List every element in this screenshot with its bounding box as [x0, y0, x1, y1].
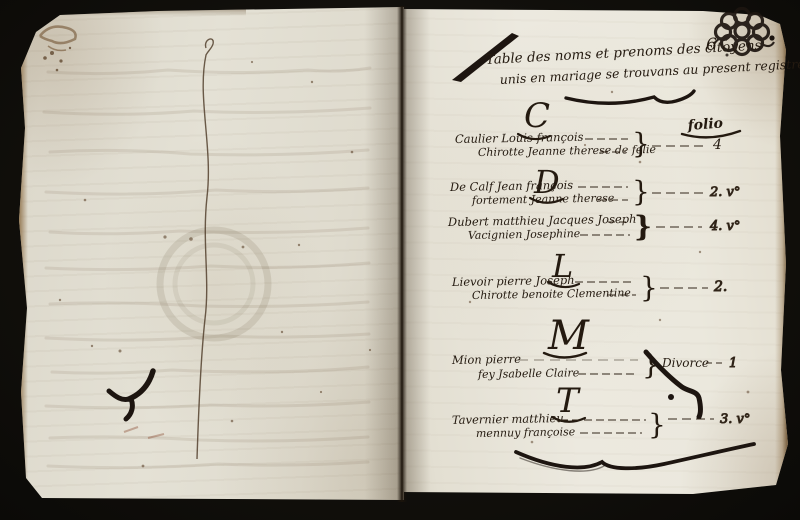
entry-bride: Chirotte Jeanne therese de felie — [478, 143, 657, 159]
entry-row: Lievoir pierre Joseph Chirotte benoite C… — [451, 271, 728, 304]
curly-bracket: } — [632, 175, 650, 208]
entry-folio: 4. v° — [709, 219, 740, 234]
entry-row: Caulier Louis françois Chirotte Jeanne t… — [455, 127, 722, 160]
entry-row: De Calf Jean françois fortement Jeanne t… — [449, 175, 741, 208]
entry-folio: 2. v° — [709, 185, 740, 200]
entry-groom: Mion pierre — [451, 352, 522, 367]
section-letter: M — [547, 313, 590, 359]
curly-bracket: } — [648, 408, 666, 441]
stamp-ghost — [160, 230, 268, 338]
entry-folio: 1 — [729, 356, 737, 371]
entry-bride: fey Jsabelle Claire — [477, 366, 580, 381]
entry-groom: Tavernier matthieu — [452, 411, 564, 427]
folio-header: folio — [686, 116, 723, 134]
ink-blot-checkmark — [109, 371, 153, 419]
entry-row: Mion pierre fey Jsabelle Claire } Divorc… — [451, 348, 737, 381]
entry-row: Tavernier matthieu mennuy françoise } 3.… — [452, 408, 751, 441]
entry-row: Dubert matthieu Jacques Joseph Vacignien… — [447, 210, 741, 243]
entry-bride: mennuy françoise — [476, 425, 576, 440]
entry-bride: fortement Jeanne therese — [471, 192, 615, 208]
title-underline-swash — [566, 91, 694, 103]
curly-bracket: } — [640, 271, 658, 304]
title-group: Table des noms et prenoms des citoyens u… — [452, 33, 800, 103]
left-page-bleedthrough — [44, 68, 370, 468]
section-letter-m: M — [544, 313, 590, 359]
entry-groom: Dubert matthieu Jacques Joseph — [447, 212, 637, 229]
entry-note-divorce: Divorce — [661, 356, 709, 370]
curly-bracket: } — [632, 127, 650, 160]
curly-bracket: } — [634, 210, 652, 243]
ink-overlay: 6 Table des noms et prenoms des citoyens… — [0, 0, 800, 520]
entry-folio: 2. — [713, 279, 727, 295]
entry-folio: 3. v° — [720, 412, 750, 427]
entry-bride: Vacignien Josephine — [468, 227, 581, 242]
ink-dot — [769, 35, 774, 40]
folio-header-group: folio — [682, 116, 740, 138]
entry-folio: 4 — [712, 137, 722, 153]
manuscript-photo: 6 Table des noms et prenoms des citoyens… — [0, 0, 800, 520]
bottom-swash — [516, 444, 754, 471]
entry-bride: Chirotte benoite Clementine — [472, 286, 632, 302]
